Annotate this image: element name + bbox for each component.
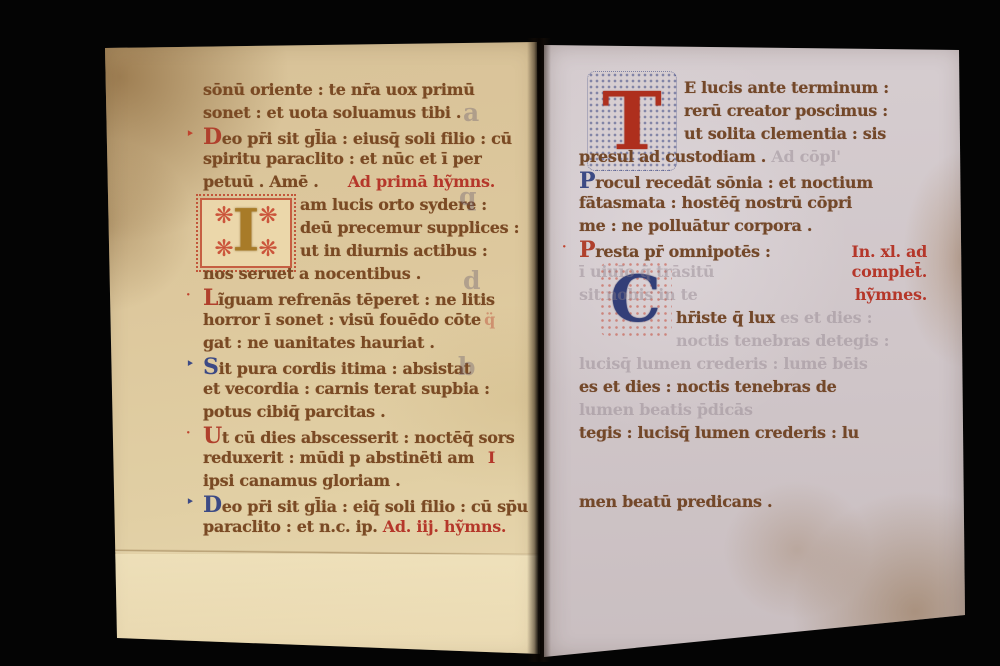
versal-initial-red: U [203, 425, 222, 447]
paragraph-mark-icon: · [186, 288, 190, 303]
manuscript-text: hr̄iste q̄ lux [676, 308, 780, 327]
manuscript-text: me : ne polluātur corpora . [579, 216, 812, 235]
fold-crease [103, 549, 540, 557]
right-parchment-page: T C E lucis ante terminum :rerū creator … [544, 43, 966, 661]
text-line: noctis tenebras detegis : [579, 331, 927, 354]
manuscript-text: nos seruet a nocentibus . [203, 264, 421, 283]
versal-initial-red: P [579, 239, 595, 261]
text-line: ut solita clementia : sis [579, 124, 927, 147]
manuscript-text: potus cibiq̄ parcitas . [203, 402, 385, 421]
rubric-margin-text: Ad. iij. hỹmns. [383, 517, 506, 536]
manuscript-text: deū precemur supplices : [300, 218, 519, 237]
showthrough-letter: q [459, 182, 476, 211]
paragraph-mark-icon: ‣ [186, 495, 194, 510]
text-line: ut in diurnis actibus : [203, 241, 495, 264]
showthrough-letter: d [463, 266, 480, 295]
text-line: ·Lĩguam refrenās tēperet : ne litis [203, 287, 495, 310]
text-line: rerū creator poscimus : [579, 101, 927, 124]
faded-text: ī uiuīo q̄ trāsitū [579, 262, 714, 281]
faded-rubric-mark: q̈ [484, 310, 495, 329]
manuscript-text: eo pr̄i sit gl̄ia : eiq̄ soli filio : cū… [222, 497, 528, 516]
text-line: horror ī sonet : visū fouēdo cōteq̈ [203, 310, 495, 333]
manuscript-photo: ❋ ❋ ❋ ❋ I sōnū oriente : te nr̄a uox pri… [0, 0, 1000, 666]
text-line: ·Presta pr̄ omnipotēs : In. xl. ad [579, 239, 927, 262]
text-line: ·Ut cū dies abscesserit : noctēq̄ sors [203, 425, 495, 448]
text-line: lucisq̄ lumen crederis : lumē bēis [579, 354, 927, 377]
faded-text: Ad cōpl' [771, 147, 840, 166]
manuscript-text: ipsi canamus gloriam . [203, 471, 400, 490]
versal-initial-blue: P [579, 170, 595, 192]
text-line: et vecordia : carnis terat supbia : [203, 379, 495, 402]
manuscript-text: presul ad custodiam . [579, 147, 771, 166]
manuscript-text: paraclito : et n.c. ip. [203, 517, 383, 536]
manuscript-text: et vecordia : carnis terat supbia : [203, 379, 490, 398]
rubric-margin-text: hỹmnes. [855, 285, 927, 304]
text-line: sōnū oriente : te nr̄a uox primū [203, 80, 495, 103]
text-line: deū precemur supplices : [203, 218, 495, 241]
manuscript-text: ĩguam refrenās tēperet : ne litis [218, 290, 495, 309]
text-line: gat : ne uanitates hauriat . [203, 333, 495, 356]
faded-text: lumen beatis p̄dicās [579, 400, 753, 419]
manuscript-text: t cū dies abscesserit : noctēq̄ sors [222, 428, 515, 447]
faded-text: noctis tenebras detegis : [676, 331, 889, 350]
text-line: paraclito : et n.c. ip. Ad. iij. hỹmns. [203, 517, 495, 540]
manuscript-text: es et dies : noctis tenebras de [579, 377, 837, 396]
text-line: lumen beatis p̄dicās [579, 400, 927, 423]
text-line: ‣Deo pr̄i sit gl̄ia : eiusq̄ soli filio … [203, 126, 495, 149]
faded-text: lucisq̄ lumen crederis : lumē bēis [579, 354, 868, 373]
text-line: reduxerit : mūdi p abstinēti amI [203, 448, 495, 471]
text-line: sonet : et uota soluamus tibi . [203, 103, 495, 126]
manuscript-text: spiritu paraclito : et nūc et ī per [203, 149, 482, 168]
text-line: ī uiuīo q̄ trāsitūcomplet̄. [579, 262, 927, 285]
manuscript-text: horror ī sonet : visū fouēdo cōte [203, 310, 481, 329]
manuscript-text: ut in diurnis actibus : [300, 241, 487, 260]
manuscript-text: resta pr̄ omnipotēs : [595, 242, 776, 261]
versal-initial-blue: D [203, 494, 222, 516]
manuscript-text: gat : ne uanitates hauriat . [203, 333, 435, 352]
paragraph-mark-icon: · [562, 240, 566, 255]
paragraph-mark-icon: · [186, 426, 190, 441]
manuscript-text: tegis : lucisq̄ lumen crederis : lu [579, 423, 859, 442]
paragraph-mark-icon: ‣ [186, 357, 194, 372]
paragraph-mark-icon: ‣ [186, 127, 194, 142]
text-line: am lucis orto sydere : [203, 195, 495, 218]
rubric-margin-text: In. xl. ad [851, 242, 927, 261]
rubric-margin-text: I [488, 448, 495, 467]
manuscript-text: petuū . Amē . [203, 172, 324, 191]
text-line [579, 469, 927, 492]
versal-initial-red: D [203, 126, 222, 148]
text-line: nos seruet a nocentibus . [203, 264, 495, 287]
versal-initial-red: L [203, 287, 218, 309]
text-line: presul ad custodiam . Ad cōpl' [579, 147, 927, 170]
text-line: ‣Sit pura cordis itima : absistat [203, 356, 495, 379]
text-line: es et dies : noctis tenebras de [579, 377, 927, 400]
faded-text: es et dies : [780, 308, 872, 327]
text-line: sit nobis in tehỹmnes. [579, 285, 927, 308]
right-page-text: E lucis ante terminum :rerū creator posc… [579, 78, 927, 515]
manuscript-text: ut solita clementia : sis [684, 124, 886, 143]
text-line: hr̄iste q̄ lux es et dies : [579, 308, 927, 331]
rubric-margin-text: complet̄. [852, 262, 927, 281]
manuscript-text: E lucis ante terminum : [684, 78, 889, 97]
text-line: petuū . Amē . Ad primā hỹmns. [203, 172, 495, 195]
text-line: potus cibiq̄ parcitas . [203, 402, 495, 425]
text-line: spiritu paraclito : et nūc et ī per [203, 149, 495, 172]
faded-text: sit nobis in te [579, 285, 698, 304]
manuscript-text: rocul recedāt sōnia : et noctium [595, 173, 873, 192]
manuscript-text: rerū creator poscimus : [684, 101, 888, 120]
text-line: Procul recedāt sōnia : et noctium [579, 170, 927, 193]
manuscript-text: sōnū oriente : te nr̄a uox primū [203, 80, 475, 99]
text-line: ipsi canamus gloriam . [203, 471, 495, 494]
text-line: men beatū predicans . [579, 492, 927, 515]
manuscript-text: men beatū predicans . [579, 492, 772, 511]
left-page-text: sōnū oriente : te nr̄a uox primūsonet : … [203, 80, 495, 540]
manuscript-text: fātasmata : hostēq̄ nostrū cōpri [579, 193, 852, 212]
text-line: ‣Deo pr̄i sit gl̄ia : eiq̄ soli filio : … [203, 494, 495, 517]
text-line: E lucis ante terminum : [579, 78, 927, 101]
text-line [579, 446, 927, 469]
manuscript-text: it pura cordis itima : absistat [219, 359, 471, 378]
text-line: me : ne polluātur corpora . [579, 216, 927, 239]
manuscript-text: eo pr̄i sit gl̄ia : eiusq̄ soli filio : … [222, 129, 512, 148]
showthrough-letter: a [463, 98, 479, 127]
text-line: fātasmata : hostēq̄ nostrū cōpri [579, 193, 927, 216]
showthrough-letter: b [458, 352, 475, 381]
manuscript-text: reduxerit : mūdi p abstinēti am [203, 448, 474, 467]
text-line: tegis : lucisq̄ lumen crederis : lu [579, 423, 927, 446]
manuscript-text: sonet : et uota soluamus tibi . [203, 103, 461, 122]
versal-initial-blue: S [203, 356, 219, 378]
left-parchment-page: ❋ ❋ ❋ ❋ I sōnū oriente : te nr̄a uox pri… [103, 40, 540, 660]
